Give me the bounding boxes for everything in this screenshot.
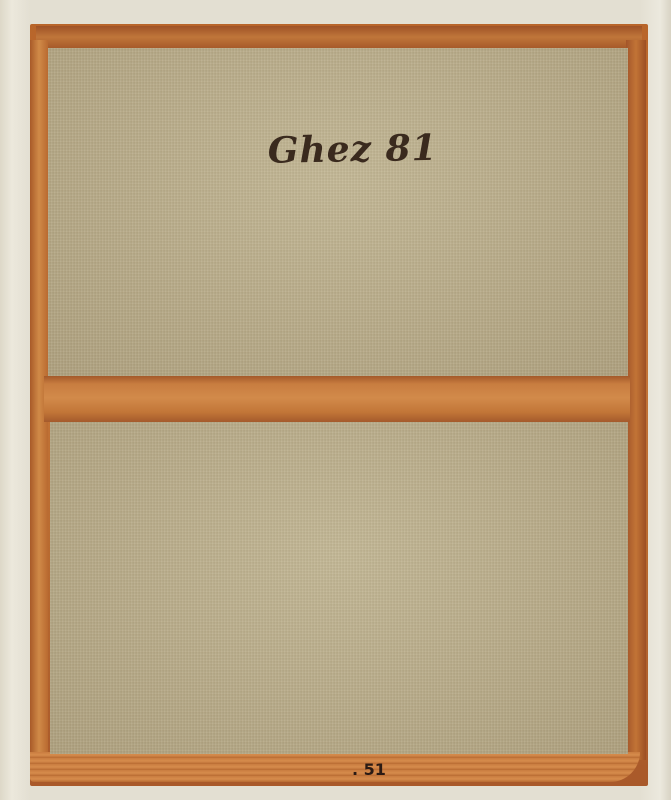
- artist-signature: Ghez 81: [267, 126, 468, 199]
- stretcher-top-bar: [36, 26, 642, 48]
- stretcher-bottom-bar: [30, 752, 640, 782]
- canvas-panel-top: [48, 48, 628, 376]
- stamp-mark: . 51: [352, 760, 386, 779]
- canvas-back-photo: Ghez 81 . 51: [0, 0, 671, 800]
- canvas-panel-bottom: [50, 422, 628, 754]
- stretcher-crossbar: [44, 376, 630, 422]
